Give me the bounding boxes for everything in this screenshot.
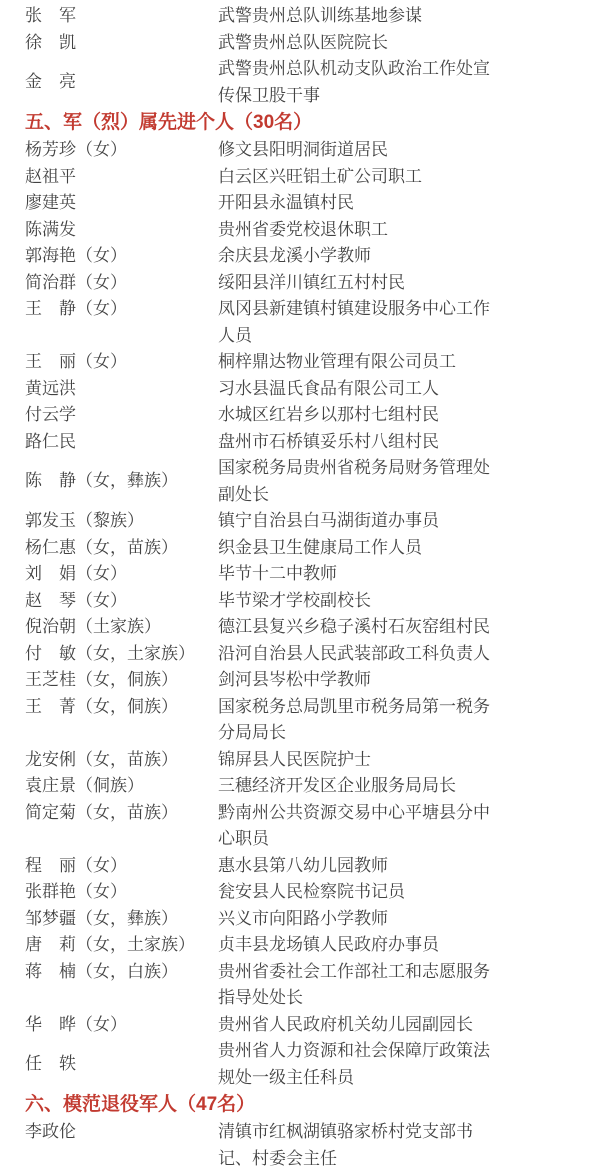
award-entry: 倪治朝（土家族） 德江县复兴乡稳子溪村石灰窑组村民 (25, 614, 595, 641)
entry-description: 贵州省人民政府机关幼儿园副园长 (218, 1012, 492, 1039)
award-entry: 付云学 水城区红岩乡以那村七组村民 (25, 402, 595, 429)
entry-name: 付云学 (25, 402, 218, 429)
entry-name: 简治群（女） (25, 270, 218, 297)
entry-description: 凤冈县新建镇村镇建设服务中心工作人员 (218, 296, 492, 349)
entry-description: 瓮安县人民检察院书记员 (218, 879, 492, 906)
entry-description: 清镇市红枫湖镇骆家桥村党支部书记、村委会主任 (218, 1119, 492, 1168)
entry-description: 桐梓鼎达物业管理有限公司员工 (218, 349, 492, 376)
entry-name: 倪治朝（土家族） (25, 614, 218, 641)
award-entry: 唐 莉（女，土家族） 贞丰县龙场镇人民政府办事员 (25, 932, 595, 959)
entry-name: 刘 娟（女） (25, 561, 218, 588)
entry-name: 袁庄景（侗族） (25, 773, 218, 800)
award-entry: 郭海艳（女） 余庆县龙溪小学教师 (25, 243, 595, 270)
award-entry: 金 亮 武警贵州总队机动支队政治工作处宣传保卫股干事 (25, 56, 595, 109)
section-heading: 六、模范退役军人（47名） (25, 1091, 595, 1118)
entry-name: 唐 莉（女，土家族） (25, 932, 218, 959)
entry-description: 沿河自治县人民武装部政工科负责人 (218, 641, 492, 668)
entry-name: 付 敏（女，土家族） (25, 641, 218, 668)
document-page: 张 军 武警贵州总队训练基地参谋 徐 凯 武警贵州总队医院院长 金 亮 武警贵州… (0, 0, 615, 1168)
entry-description: 织金县卫生健康局工作人员 (218, 535, 492, 562)
entry-name: 王 丽（女） (25, 349, 218, 376)
award-entry: 简定菊（女，苗族） 黔南州公共资源交易中心平塘县分中心职员 (25, 800, 595, 853)
entry-name: 陈 静（女，彝族） (25, 468, 218, 495)
entry-name: 华 晔（女） (25, 1012, 218, 1039)
entry-description: 镇宁自治县白马湖街道办事员 (218, 508, 492, 535)
entry-name: 杨仁惠（女，苗族） (25, 535, 218, 562)
entry-description: 贵州省人力资源和社会保障厅政策法规处一级主任科员 (218, 1038, 492, 1091)
entry-description: 修文县阳明洞街道居民 (218, 137, 492, 164)
entry-name: 杨芳珍（女） (25, 137, 218, 164)
award-entry: 陈满发 贵州省委党校退休职工 (25, 217, 595, 244)
entry-description: 国家税务总局凯里市税务局第一税务分局局长 (218, 694, 492, 747)
entry-name: 郭发玉（黎族） (25, 508, 218, 535)
entry-description: 剑河县岑松中学教师 (218, 667, 492, 694)
entry-description: 武警贵州总队医院院长 (218, 30, 492, 57)
entry-name: 路仁民 (25, 429, 218, 456)
entry-description: 毕节十二中教师 (218, 561, 492, 588)
entry-name: 徐 凯 (25, 30, 218, 57)
entry-description: 兴义市向阳路小学教师 (218, 906, 492, 933)
award-entry: 杨仁惠（女，苗族） 织金县卫生健康局工作人员 (25, 535, 595, 562)
entry-name: 龙安俐（女，苗族） (25, 747, 218, 774)
entry-name: 程 丽（女） (25, 853, 218, 880)
entry-name: 邹梦疆（女，彝族） (25, 906, 218, 933)
entry-name: 蒋 楠（女，白族） (25, 959, 218, 986)
entry-description: 余庆县龙溪小学教师 (218, 243, 492, 270)
entry-name: 郭海艳（女） (25, 243, 218, 270)
entry-description: 锦屏县人民医院护士 (218, 747, 492, 774)
entry-description: 武警贵州总队训练基地参谋 (218, 3, 492, 30)
entry-description: 开阳县永温镇村民 (218, 190, 492, 217)
award-entry: 郭发玉（黎族） 镇宁自治县白马湖街道办事员 (25, 508, 595, 535)
entry-name: 王 菁（女，侗族） (25, 694, 218, 721)
award-entry: 张群艳（女） 瓮安县人民检察院书记员 (25, 879, 595, 906)
entry-description: 德江县复兴乡稳子溪村石灰窑组村民 (218, 614, 492, 641)
award-entry: 王 菁（女，侗族） 国家税务总局凯里市税务局第一税务分局局长 (25, 694, 595, 747)
entry-description: 贵州省委党校退休职工 (218, 217, 492, 244)
entry-description: 贞丰县龙场镇人民政府办事员 (218, 932, 492, 959)
award-entry: 刘 娟（女） 毕节十二中教师 (25, 561, 595, 588)
entry-description: 黔南州公共资源交易中心平塘县分中心职员 (218, 800, 492, 853)
award-entry: 邹梦疆（女，彝族） 兴义市向阳路小学教师 (25, 906, 595, 933)
entry-description: 水城区红岩乡以那村七组村民 (218, 402, 492, 429)
award-entry: 任 轶 贵州省人力资源和社会保障厅政策法规处一级主任科员 (25, 1038, 595, 1091)
award-entry: 付 敏（女，土家族） 沿河自治县人民武装部政工科负责人 (25, 641, 595, 668)
award-entry: 黄远洪 习水县温氏食品有限公司工人 (25, 376, 595, 403)
award-entry: 袁庄景（侗族） 三穗经济开发区企业服务局局长 (25, 773, 595, 800)
entry-name: 赵 琴（女） (25, 588, 218, 615)
award-entry: 路仁民 盘州市石桥镇妥乐村八组村民 (25, 429, 595, 456)
entry-name: 王 静（女） (25, 296, 218, 323)
entry-description: 武警贵州总队机动支队政治工作处宣传保卫股干事 (218, 56, 492, 109)
award-entry: 蒋 楠（女，白族） 贵州省委社会工作部社工和志愿服务指导处处长 (25, 959, 595, 1012)
entry-name: 张群艳（女） (25, 879, 218, 906)
award-entry: 陈 静（女，彝族） 国家税务局贵州省税务局财务管理处副处长 (25, 455, 595, 508)
award-entry: 徐 凯 武警贵州总队医院院长 (25, 30, 595, 57)
award-entry: 程 丽（女） 惠水县第八幼儿园教师 (25, 853, 595, 880)
entry-description: 惠水县第八幼儿园教师 (218, 853, 492, 880)
section-heading: 五、军（烈）属先进个人（30名） (25, 109, 595, 136)
entry-description: 国家税务局贵州省税务局财务管理处副处长 (218, 455, 492, 508)
award-entry: 龙安俐（女，苗族） 锦屏县人民医院护士 (25, 747, 595, 774)
entry-name: 廖建英 (25, 190, 218, 217)
award-entry: 张 军 武警贵州总队训练基地参谋 (25, 3, 595, 30)
awards-list: 张 军 武警贵州总队训练基地参谋 徐 凯 武警贵州总队医院院长 金 亮 武警贵州… (25, 3, 595, 1168)
award-entry: 赵祖平 白云区兴旺铝土矿公司职工 (25, 164, 595, 191)
entry-description: 习水县温氏食品有限公司工人 (218, 376, 492, 403)
award-entry: 王芝桂（女，侗族） 剑河县岑松中学教师 (25, 667, 595, 694)
award-entry: 杨芳珍（女） 修文县阳明洞街道居民 (25, 137, 595, 164)
entry-name: 金 亮 (25, 69, 218, 96)
award-entry: 廖建英 开阳县永温镇村民 (25, 190, 595, 217)
entry-description: 三穗经济开发区企业服务局局长 (218, 773, 492, 800)
award-entry: 王 丽（女） 桐梓鼎达物业管理有限公司员工 (25, 349, 595, 376)
award-entry: 李政伦 清镇市红枫湖镇骆家桥村党支部书记、村委会主任 (25, 1119, 595, 1168)
entry-name: 赵祖平 (25, 164, 218, 191)
entry-name: 黄远洪 (25, 376, 218, 403)
award-entry: 简治群（女） 绥阳县洋川镇红五村村民 (25, 270, 595, 297)
award-entry: 王 静（女） 凤冈县新建镇村镇建设服务中心工作人员 (25, 296, 595, 349)
entry-name: 张 军 (25, 3, 218, 30)
entry-name: 简定菊（女，苗族） (25, 800, 218, 827)
entry-description: 盘州市石桥镇妥乐村八组村民 (218, 429, 492, 456)
award-entry: 赵 琴（女） 毕节梁才学校副校长 (25, 588, 595, 615)
entry-name: 任 轶 (25, 1051, 218, 1078)
entry-name: 李政伦 (25, 1119, 218, 1146)
entry-name: 陈满发 (25, 217, 218, 244)
entry-description: 毕节梁才学校副校长 (218, 588, 492, 615)
entry-description: 贵州省委社会工作部社工和志愿服务指导处处长 (218, 959, 492, 1012)
entry-description: 白云区兴旺铝土矿公司职工 (218, 164, 492, 191)
award-entry: 华 晔（女） 贵州省人民政府机关幼儿园副园长 (25, 1012, 595, 1039)
entry-description: 绥阳县洋川镇红五村村民 (218, 270, 492, 297)
entry-name: 王芝桂（女，侗族） (25, 667, 218, 694)
